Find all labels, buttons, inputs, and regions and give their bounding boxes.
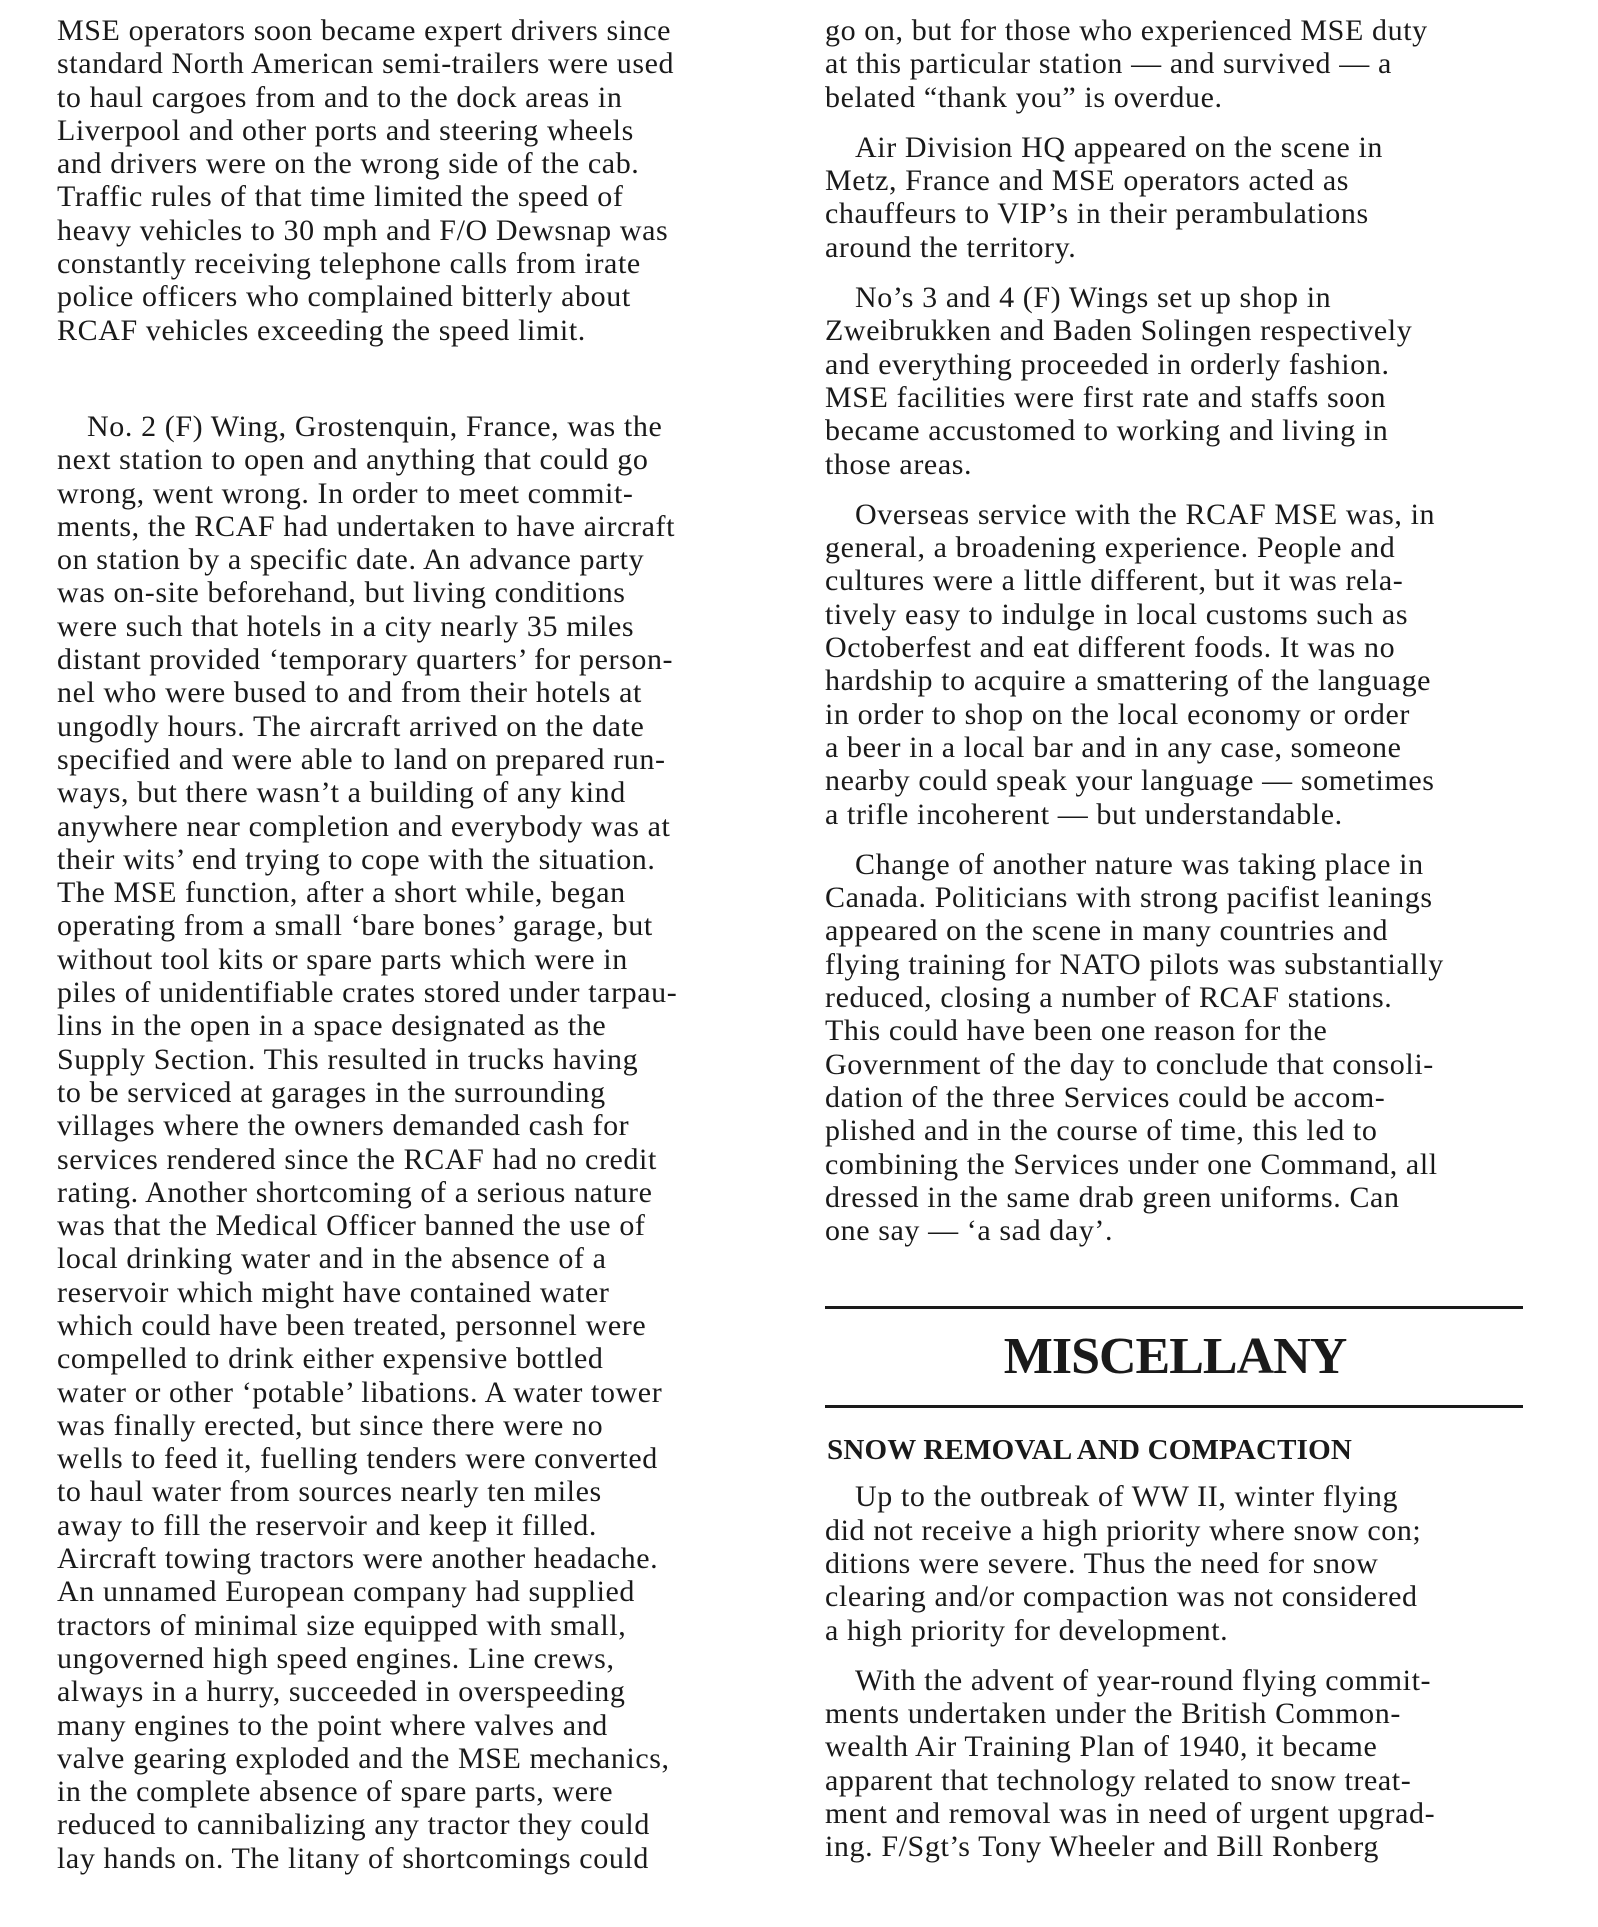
text-line: Air Division HQ appeared on the scene in	[825, 131, 1525, 164]
text-line: always in a hurry, succeeded in overspee…	[57, 1675, 757, 1708]
text-line: Canada. Politicians with strong pacifist…	[825, 881, 1525, 914]
text-line: on station by a specific date. An advanc…	[57, 543, 757, 576]
text-line: No. 2 (F) Wing, Grostenquin, France, was…	[57, 410, 757, 443]
text-line: Supply Section. This resulted in trucks …	[57, 1043, 757, 1076]
paragraph-overseas-service: Overseas service with the RCAF MSE was, …	[825, 498, 1525, 831]
text-line: Change of another nature was taking plac…	[825, 848, 1525, 881]
left-column: MSE operators soon became expert drivers…	[57, 14, 757, 1892]
paragraph-ww2-winter: Up to the outbreak of WW II, winter flyi…	[825, 1480, 1525, 1646]
text-line: An unnamed European company had supplied	[57, 1575, 757, 1608]
text-line: ments, the RCAF had undertaken to have a…	[57, 510, 757, 543]
text-line: was that the Medical Officer banned the …	[57, 1209, 757, 1242]
text-line: to haul water from sources nearly ten mi…	[57, 1475, 757, 1508]
paragraph-gap	[57, 364, 757, 410]
paragraph-bcatp: With the advent of year-round flying com…	[825, 1664, 1525, 1864]
paragraph-change-canada: Change of another nature was taking plac…	[825, 848, 1525, 1248]
text-line: ungodly hours. The aircraft arrived on t…	[57, 710, 757, 743]
text-line: specified and were able to land on prepa…	[57, 743, 757, 776]
text-line: villages where the owners demanded cash …	[57, 1109, 757, 1142]
text-line: rating. Another shortcoming of a serious…	[57, 1176, 757, 1209]
text-line: a beer in a local bar and in any case, s…	[825, 731, 1525, 764]
text-line: Up to the outbreak of WW II, winter flyi…	[825, 1480, 1525, 1513]
text-line: piles of unidentifiable crates stored un…	[57, 976, 757, 1009]
text-line: wells to feed it, fuelling tenders were …	[57, 1442, 757, 1475]
text-line: reservoir which might have contained wat…	[57, 1276, 757, 1309]
paragraph-grostenquin: No. 2 (F) Wing, Grostenquin, France, was…	[57, 410, 757, 1875]
section-gap	[825, 1264, 1525, 1306]
text-line: many engines to the point where valves a…	[57, 1709, 757, 1742]
text-line: general, a broadening experience. People…	[825, 531, 1525, 564]
text-line: did not receive a high priority where sn…	[825, 1514, 1525, 1547]
text-line: This could have been one reason for the	[825, 1014, 1525, 1047]
text-line: Metz, France and MSE operators acted as	[825, 164, 1525, 197]
text-line: anywhere near completion and everybody w…	[57, 810, 757, 843]
text-line: was on-site beforehand, but living condi…	[57, 576, 757, 609]
text-line: reduced, closing a number of RCAF statio…	[825, 981, 1525, 1014]
text-line: Overseas service with the RCAF MSE was, …	[825, 498, 1525, 531]
text-line: reduced to cannibalizing any tractor the…	[57, 1808, 757, 1841]
text-line: ditions were severe. Thus the need for s…	[825, 1547, 1525, 1580]
text-line: a high priority for development.	[825, 1614, 1525, 1647]
text-line: heavy vehicles to 30 mph and F/O Dewsnap…	[57, 214, 757, 247]
text-line: dressed in the same drab green uniforms.…	[825, 1181, 1525, 1214]
paragraph-thank-you: go on, but for those who experienced MSE…	[825, 14, 1525, 114]
text-line: away to fill the reservoir and keep it f…	[57, 1509, 757, 1542]
text-line: cultures were a little different, but it…	[825, 564, 1525, 597]
text-line: lay hands on. The litany of shortcomings…	[57, 1842, 757, 1875]
section-title: MISCELLANY	[825, 1309, 1525, 1405]
text-line: combining the Services under one Command…	[825, 1148, 1525, 1181]
text-line: police officers who complained bitterly …	[57, 280, 757, 313]
text-line: which could have been treated, personnel…	[57, 1309, 757, 1342]
text-line: Octoberfest and eat different foods. It …	[825, 631, 1525, 664]
text-line: became accustomed to working and living …	[825, 414, 1525, 447]
text-line: Liverpool and other ports and steering w…	[57, 114, 757, 147]
section-rule-bottom	[825, 1405, 1523, 1408]
text-line: ment and removal was in need of urgent u…	[825, 1797, 1525, 1830]
text-line: to haul cargoes from and to the dock are…	[57, 81, 757, 114]
text-line: MSE operators soon became expert drivers…	[57, 14, 757, 47]
text-line: local drinking water and in the absence …	[57, 1242, 757, 1275]
text-line: without tool kits or spare parts which w…	[57, 943, 757, 976]
text-line: appeared on the scene in many countries …	[825, 914, 1525, 947]
paragraph-truck-driving: MSE operators soon became expert drivers…	[57, 14, 757, 347]
text-line: those areas.	[825, 448, 1525, 481]
text-line: constantly receiving telephone calls fro…	[57, 247, 757, 280]
text-line: clearing and/or compaction was not consi…	[825, 1580, 1525, 1613]
text-line: belated “thank you” is overdue.	[825, 81, 1525, 114]
text-line: to be serviced at garages in the surroun…	[57, 1076, 757, 1109]
text-line: ungoverned high speed engines. Line crew…	[57, 1642, 757, 1675]
text-line: next station to open and anything that c…	[57, 443, 757, 476]
text-line: were such that hotels in a city nearly 3…	[57, 610, 757, 643]
text-line: go on, but for those who experienced MSE…	[825, 14, 1525, 47]
text-line: Aircraft towing tractors were another he…	[57, 1542, 757, 1575]
text-line: one say — ‘a sad day’.	[825, 1214, 1525, 1247]
paragraph-wings-3-4: No’s 3 and 4 (F) Wings set up shop inZwe…	[825, 281, 1525, 481]
text-line: a trifle incoherent — but understandable…	[825, 798, 1525, 831]
text-line: Zweibrukken and Baden Solingen respectiv…	[825, 314, 1525, 347]
text-line: standard North American semi-trailers we…	[57, 47, 757, 80]
text-line: plished and in the course of time, this …	[825, 1114, 1525, 1147]
text-line: compelled to drink either expensive bott…	[57, 1342, 757, 1375]
article-subtitle: SNOW REMOVAL AND COMPACTION	[827, 1430, 1525, 1470]
text-line: in the complete absence of spare parts, …	[57, 1775, 757, 1808]
text-line: ways, but there wasn’t a building of any…	[57, 776, 757, 809]
text-line: Government of the day to conclude that c…	[825, 1048, 1525, 1081]
text-line: hardship to acquire a smattering of the …	[825, 664, 1525, 697]
text-line: and everything proceeded in orderly fash…	[825, 348, 1525, 381]
right-column: go on, but for those who experienced MSE…	[825, 14, 1525, 1881]
text-line: With the advent of year-round flying com…	[825, 1664, 1525, 1697]
text-line: their wits’ end trying to cope with the …	[57, 843, 757, 876]
text-line: in order to shop on the local economy or…	[825, 698, 1525, 731]
text-line: apparent that technology related to snow…	[825, 1764, 1525, 1797]
text-line: ing. F/Sgt’s Tony Wheeler and Bill Ronbe…	[825, 1830, 1525, 1863]
text-line: distant provided ‘temporary quarters’ fo…	[57, 643, 757, 676]
text-line: dation of the three Services could be ac…	[825, 1081, 1525, 1114]
text-line: chauffeurs to VIP’s in their perambulati…	[825, 197, 1525, 230]
text-line: lins in the open in a space designated a…	[57, 1009, 757, 1042]
text-line: operating from a small ‘bare bones’ gara…	[57, 909, 757, 942]
text-line: at this particular station — and survive…	[825, 47, 1525, 80]
text-line: water or other ‘potable’ libations. A wa…	[57, 1376, 757, 1409]
text-line: nel who were bused to and from their hot…	[57, 676, 757, 709]
text-line: No’s 3 and 4 (F) Wings set up shop in	[825, 281, 1525, 314]
text-line: was finally erected, but since there wer…	[57, 1409, 757, 1442]
text-line: valve gearing exploded and the MSE mecha…	[57, 1742, 757, 1775]
paragraph-air-division-hq: Air Division HQ appeared on the scene in…	[825, 131, 1525, 264]
text-line: ments undertaken under the British Commo…	[825, 1697, 1525, 1730]
text-line: The MSE function, after a short while, b…	[57, 876, 757, 909]
text-line: wrong, went wrong. In order to meet comm…	[57, 477, 757, 510]
text-line: RCAF vehicles exceeding the speed limit.	[57, 314, 757, 347]
text-line: MSE facilities were first rate and staff…	[825, 381, 1525, 414]
text-line: and drivers were on the wrong side of th…	[57, 147, 757, 180]
text-line: nearby could speak your language — somet…	[825, 764, 1525, 797]
text-line: tively easy to indulge in local customs …	[825, 598, 1525, 631]
text-line: services rendered since the RCAF had no …	[57, 1143, 757, 1176]
text-line: wealth Air Training Plan of 1940, it bec…	[825, 1730, 1525, 1763]
text-line: Traffic rules of that time limited the s…	[57, 180, 757, 213]
text-line: around the territory.	[825, 231, 1525, 264]
text-line: tractors of minimal size equipped with s…	[57, 1609, 757, 1642]
text-line: flying training for NATO pilots was subs…	[825, 948, 1525, 981]
